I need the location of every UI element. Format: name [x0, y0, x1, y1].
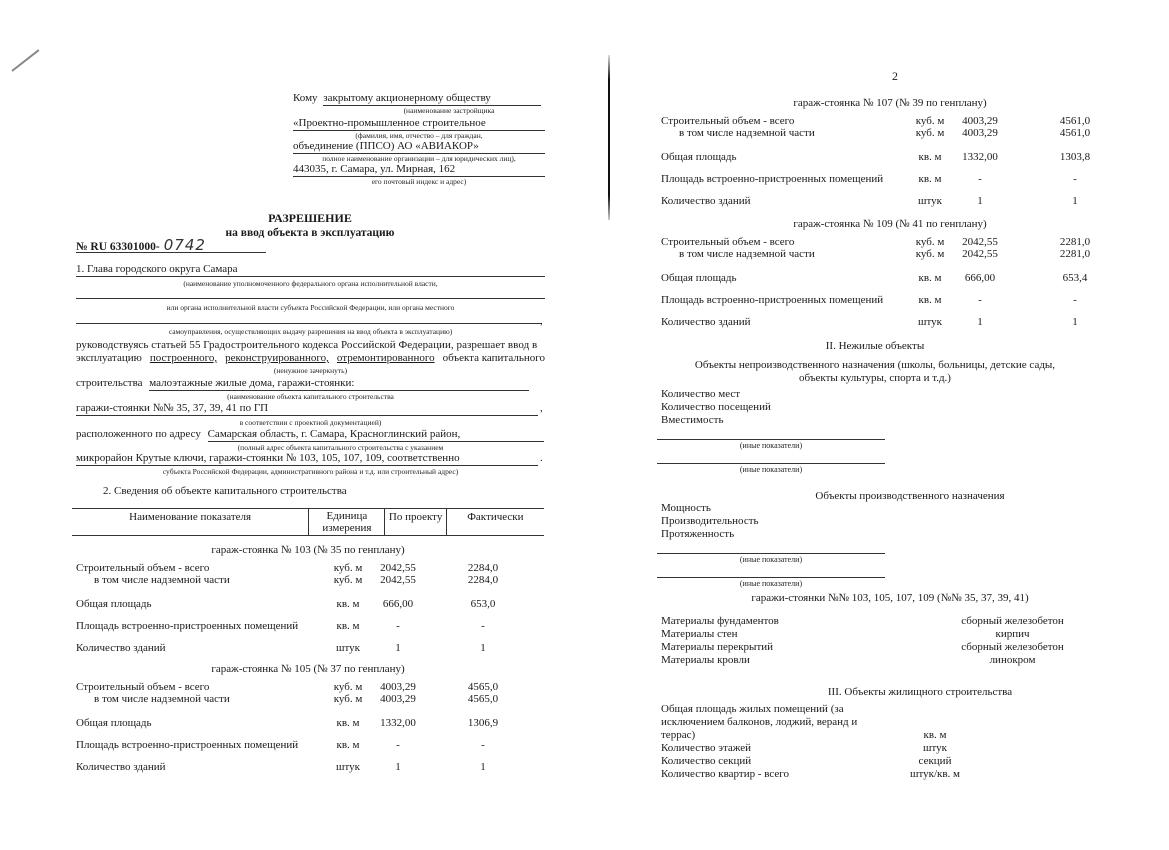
addressee-label: Кому	[293, 92, 318, 104]
comma: ,	[540, 402, 543, 415]
addressee-caption-1: (наименование застройщика	[293, 106, 545, 115]
housing-item-unit: секций	[895, 755, 975, 768]
housing-item-name: Количество этажей	[661, 742, 751, 755]
header-actual: Фактически	[446, 509, 544, 535]
housing-item-name: исключением балконов, лоджий, веранд и	[661, 716, 857, 729]
caption-authority-2: или органа исполнительной власти субъект…	[76, 303, 545, 312]
indicator-name: Количество зданий	[661, 195, 751, 208]
table-row: в том числе надземной частикуб. м2042,55…	[661, 248, 1121, 261]
indicator-name: Площадь встроенно-пристроенных помещений	[661, 294, 883, 307]
indicator-name: в том числе надземной части	[94, 574, 230, 587]
group-title: гараж-стоянка № 105 (№ 37 по генплану)	[72, 663, 544, 676]
indicator-project-value: -	[363, 739, 433, 752]
production-item: Производительность	[661, 515, 759, 528]
paragraph-exploitation: эксплуатацию построенного, реконструиров…	[76, 352, 545, 365]
text-reconstructed-struck: реконструированного,	[225, 352, 329, 365]
indicator-name: Площадь встроенно-пристроенных помещений	[76, 620, 298, 633]
material-name: Материалы стен	[661, 628, 738, 641]
indicator-name: Общая площадь	[76, 717, 152, 730]
indicator-project-value: 1	[363, 761, 433, 774]
blank-line	[657, 553, 885, 554]
text-built: построенного,	[150, 352, 217, 365]
table-row: Общая площадькв. м1332,001303,8	[661, 151, 1121, 164]
indicator-actual-value: 1303,8	[1040, 151, 1110, 164]
indicator-project-value: -	[945, 173, 1015, 186]
material-value: сборный железобетон	[950, 615, 1075, 628]
table-row: Количество зданийштук11	[661, 195, 1121, 208]
production-item: Протяженность	[661, 528, 734, 541]
addressee-line-2: «Проектно-промышленное строительное	[293, 117, 545, 131]
object-address-1: Самарская область, г. Самара, Красноглин…	[208, 428, 544, 442]
caption-cross-out: (ненужное зачеркнуть)	[76, 366, 545, 375]
indicator-name: Количество зданий	[76, 761, 166, 774]
object-address-2: микрорайон Крутые ключи, гаражи-стоянки …	[76, 452, 538, 466]
period: .	[540, 452, 543, 465]
table-row: Общая площадькв. м1332,001306,9	[76, 717, 536, 730]
nonproduction-item: Количество мест	[661, 388, 740, 401]
blank-line	[657, 439, 885, 440]
material-value: линокром	[950, 654, 1075, 667]
indicator-project-value: 666,00	[363, 598, 433, 611]
table-row: Площадь встроенно-пристроенных помещений…	[661, 173, 1121, 186]
indicator-name: Площадь встроенно-пристроенных помещений	[76, 739, 298, 752]
other-indicators-caption: (иные показатели)	[657, 465, 885, 474]
addressee-line-4: 443035, г. Самара, ул. Мирная, 162	[293, 163, 545, 177]
table-row: Площадь встроенно-пристроенных помещений…	[76, 739, 536, 752]
indicator-actual-value: 2281,0	[1040, 248, 1110, 261]
table-row: Количество зданийштук11	[76, 642, 536, 655]
paragraph-construction: строительства малоэтажные жилые дома, га…	[76, 377, 545, 391]
housing-item-unit: кв. м	[895, 729, 975, 742]
addressee-line-1: закрытому акционерному обществу	[323, 92, 541, 106]
issuing-authority: 1. Глава городского округа Самара	[76, 263, 545, 277]
addressee-block: Кому закрытому акционерному обществу (на…	[293, 92, 545, 186]
housing-title: III. Объекты жилищного строительства	[770, 686, 1070, 699]
indicator-project-value: -	[945, 294, 1015, 307]
addressee-line-3: объединение (ППСО) АО «АВИАКОР»	[293, 140, 545, 154]
blank-line	[76, 323, 542, 324]
indicator-actual-value: -	[1040, 173, 1110, 186]
housing-item-name: Общая площадь жилых помещений (за	[661, 703, 844, 716]
indicator-actual-value: 2284,0	[448, 574, 518, 587]
permit-number-prefix: № RU 63301000-	[76, 241, 160, 253]
indicator-actual-value: -	[448, 739, 518, 752]
indicator-name: в том числе надземной части	[679, 127, 815, 140]
table-row: Общая площадькв. м666,00653,0	[76, 598, 536, 611]
group-title: гараж-стоянка № 107 (№ 39 по генплану)	[654, 97, 1126, 110]
indicator-project-value: 666,00	[945, 272, 1015, 285]
blank-line	[76, 298, 545, 299]
caption-address: (полный адрес объекта капитального строи…	[76, 443, 545, 452]
other-indicators-caption: (иные показатели)	[657, 441, 885, 450]
other-indicators-caption: (иные показатели)	[657, 579, 885, 588]
garages-materials-title: гаражи-стоянки №№ 103, 105, 107, 109 (№№…	[740, 592, 1040, 605]
housing-item-unit: штук	[895, 742, 975, 755]
blank-line	[657, 577, 885, 578]
table-row: в том числе надземной частикуб. м4003,29…	[661, 127, 1121, 140]
pencil-mark-icon	[11, 49, 39, 72]
permit-number-handwritten: 0742	[164, 236, 206, 254]
material-value: сборный железобетон	[950, 641, 1075, 654]
material-name: Материалы перекрытий	[661, 641, 773, 654]
material-name: Материалы фундаментов	[661, 615, 779, 628]
indicator-actual-value: 1	[1040, 195, 1110, 208]
header-unit: Единица измерения	[308, 509, 384, 535]
table-row: Общая площадькв. м666,00653,4	[661, 272, 1121, 285]
indicator-name: Площадь встроенно-пристроенных помещений	[661, 173, 883, 186]
housing-item-name: Количество секций	[661, 755, 751, 768]
indicator-actual-value: -	[448, 620, 518, 633]
indicator-actual-value: 1	[448, 642, 518, 655]
text-construction: строительства	[76, 377, 143, 389]
text-exploitation: эксплуатацию	[76, 352, 142, 365]
indicator-project-value: 4003,29	[945, 127, 1015, 140]
caption-authority-1: (наименование уполномоченного федерально…	[76, 279, 545, 288]
nonproduction-item: Количество посещений	[661, 401, 771, 414]
other-indicators-caption: (иные показатели)	[657, 555, 885, 564]
object-name: малоэтажные жилые дома, гаражи-стоянки:	[149, 377, 529, 391]
group-title: гараж-стоянка № 103 (№ 35 по генплану)	[72, 544, 544, 557]
paragraph-address: расположенного по адресу Самарская облас…	[76, 428, 545, 442]
indicator-project-value: 1332,00	[363, 717, 433, 730]
housing-item-unit: штук/кв. м	[895, 768, 975, 781]
indicator-project-value: 1	[945, 195, 1015, 208]
indicator-actual-value: 4561,0	[1040, 127, 1110, 140]
group-title: гараж-стоянка № 109 (№ 41 по генплану)	[654, 218, 1126, 231]
nonproduction-title-2: объекты культуры, спорта и т.д.)	[660, 372, 1090, 385]
nonproduction-item: Вместимость	[661, 414, 723, 427]
object-garages: гаражи-стоянки №№ 35, 37, 39, 41 по ГП	[76, 402, 538, 416]
indicator-actual-value: 4565,0	[448, 693, 518, 706]
indicator-actual-value: 1	[1040, 316, 1110, 329]
indicator-name: Количество зданий	[76, 642, 166, 655]
caption-address-2: субъекта Российской Федерации, администр…	[76, 467, 545, 476]
indicator-name: Общая площадь	[661, 151, 737, 164]
paragraph-authorization: руководствуясь статьей 55 Градостроитель…	[76, 339, 545, 352]
document-title: РАЗРЕШЕНИЕ	[220, 212, 400, 225]
indicator-project-value: 2042,55	[363, 574, 433, 587]
text-repaired-struck: отремонтированного	[337, 352, 435, 365]
indicator-name: Общая площадь	[661, 272, 737, 285]
indicator-project-value: -	[363, 620, 433, 633]
table-row: Площадь встроенно-пристроенных помещений…	[661, 294, 1121, 307]
indicator-name: в том числе надземной части	[679, 248, 815, 261]
blank-line	[657, 463, 885, 464]
table-row: Количество зданийштук11	[661, 316, 1121, 329]
table-header: Наименование показателя Единица измерени…	[72, 508, 544, 536]
indicator-project-value: 1	[363, 642, 433, 655]
material-name: Материалы кровли	[661, 654, 750, 667]
header-indicator: Наименование показателя	[72, 509, 308, 535]
text-located-at: расположенного по адресу	[76, 428, 201, 440]
indicator-actual-value: 653,4	[1040, 272, 1110, 285]
indicator-project-value: 1332,00	[945, 151, 1015, 164]
page-divider	[608, 55, 610, 220]
caption-project-docs: в соответствии с проектной документацией…	[76, 418, 545, 427]
indicator-name: Общая площадь	[76, 598, 152, 611]
indicator-actual-value: 1	[448, 761, 518, 774]
nonresidential-title: II. Нежилые объекты	[660, 340, 1090, 353]
addressee-caption-3: полное наименование организации – для юр…	[293, 154, 545, 163]
indicator-name: Количество зданий	[661, 316, 751, 329]
nonproduction-title-1: Объекты непроизводственного назначения (…	[660, 359, 1090, 372]
text-capital-object: объекта капитального	[443, 352, 545, 365]
indicator-project-value: 1	[945, 316, 1015, 329]
permit-number: № RU 63301000- 0742	[76, 236, 266, 253]
page-number: 2	[880, 70, 910, 83]
production-item: Мощность	[661, 502, 711, 515]
table-row: в том числе надземной частикуб. м4003,29…	[76, 693, 536, 706]
table-row: Площадь встроенно-пристроенных помещений…	[76, 620, 536, 633]
table-row: Количество зданийштук11	[76, 761, 536, 774]
indicator-name: в том числе надземной части	[94, 693, 230, 706]
housing-item-name: террас)	[661, 729, 695, 742]
table-row: в том числе надземной частикуб. м2042,55…	[76, 574, 536, 587]
caption-authority-3: самоуправления, осуществляющих выдачу ра…	[76, 327, 545, 336]
indicator-actual-value: 653,0	[448, 598, 518, 611]
housing-item-name: Количество квартир - всего	[661, 768, 789, 781]
material-value: кирпич	[950, 628, 1075, 641]
caption-object-name: (наименование объекта капитального строи…	[76, 392, 545, 401]
section-2-title: 2. Сведения об объекте капитального стро…	[103, 485, 347, 498]
indicator-project-value: 4003,29	[363, 693, 433, 706]
addressee-caption-2: (фамилия, имя, отчество – для граждан,	[293, 131, 545, 140]
addressee-caption-4: его почтовый индекс и адрес)	[293, 177, 545, 186]
indicator-actual-value: 1306,9	[448, 717, 518, 730]
indicator-project-value: 2042,55	[945, 248, 1015, 261]
indicator-actual-value: -	[1040, 294, 1110, 307]
header-project: По проекту	[384, 509, 445, 535]
production-title: Объекты производственного назначения	[760, 490, 1060, 503]
